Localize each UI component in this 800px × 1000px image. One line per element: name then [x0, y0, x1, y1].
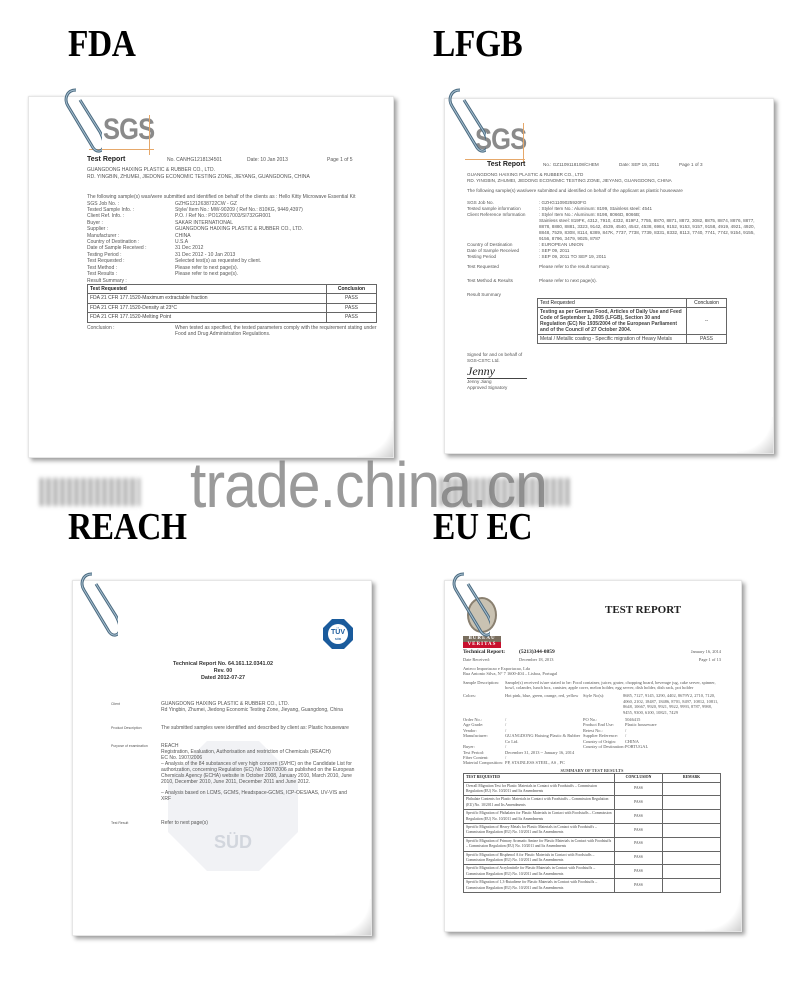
- section-title-lfgb: LFGB: [433, 22, 522, 66]
- table-row: Specific Migration of Heavy Metals for P…: [464, 823, 721, 837]
- report-number: No. CANHG1218134501: [167, 157, 247, 163]
- table-row: FDA 21 CFR 177.1520-Density at 23°CPASS: [88, 303, 377, 312]
- company-address: Rua Antonio Silva, N° 7 1600-404 – Lisbo…: [463, 671, 721, 676]
- result-cell: PASS: [615, 865, 663, 879]
- remark-cell: [663, 837, 721, 851]
- field-list: SGS Job No.: GZHG1109025920FGTested samp…: [467, 200, 757, 260]
- result-label: Test Result: [111, 820, 161, 826]
- colors-label: Colors:: [463, 693, 505, 715]
- col-test-requested: Test Requested: [538, 299, 687, 308]
- signature: Jenny: [467, 364, 757, 378]
- report-title: TEST REPORT: [605, 604, 681, 616]
- reflection-band: [40, 478, 140, 506]
- section-title-fda: FDA: [68, 22, 135, 66]
- client-label: Client: [111, 701, 161, 713]
- field-row: Country of Destination:PORTUGAL: [583, 744, 721, 749]
- lfgb-report-document: SGS Test Report No.: GZ1109118108/CHEM D…: [444, 98, 774, 454]
- result-table: TEST REQUESTED CONCLUSION REMARK Overall…: [463, 773, 721, 893]
- client-address: Rd Yingbin, Zhumei, Jiedong Economic Tes…: [161, 707, 343, 713]
- result-cell: --: [687, 308, 727, 335]
- result-cell: PASS: [327, 294, 377, 303]
- field-value: PORTUGAL: [625, 744, 721, 749]
- report-number: No.: GZ1109118108/CHEM: [543, 162, 619, 168]
- field-row: Material Composition:PP, STAINLESS STEEL…: [463, 760, 583, 765]
- test-cell: Specific Migration of Primary Aromatic A…: [464, 837, 615, 851]
- watermark-text: trade.china.cn: [190, 448, 547, 522]
- report-date: Date: 10 Jan 2013: [247, 157, 327, 163]
- test-cell: FDA 21 CFR 177.1520-Density at 23°C: [88, 303, 327, 312]
- result-table: Test Requested Conclusion FDA 21 CFR 177…: [87, 284, 377, 323]
- field-value: : SEP 09, 2011 TO SEP 19, 2011: [539, 254, 757, 260]
- result-cell: PASS: [615, 782, 663, 796]
- purpose-label: Purpose of examination: [111, 743, 161, 802]
- remark-cell: [663, 865, 721, 879]
- product-label: Product Description: [111, 725, 161, 731]
- field-label: Manufacturer:: [463, 733, 505, 744]
- company-address: RD. YINGBIN, ZHUMEI, JIEDONG ECONOMIC TE…: [87, 174, 377, 180]
- table-row: FDA 21 CFR 177.1520-Maximum extractable …: [88, 294, 377, 303]
- field-row: Stainless steel: 819FK, 4312, 7910, 4332…: [467, 218, 757, 242]
- test-cell: Overall Migration Test for Plastic Mater…: [464, 782, 615, 796]
- result-text: Refer to next page(s): [161, 820, 356, 826]
- test-cell: FDA 21 CFR 177.1520-Melting Point: [88, 313, 327, 322]
- col-remark: REMARK: [663, 774, 721, 782]
- table-row: Specific Migration of 1,3-Butadiene for …: [464, 879, 721, 893]
- test-cell: Specific Migration of Heavy Metals for P…: [464, 823, 615, 837]
- test-requested-text: Please refer to the result summary.: [539, 264, 757, 270]
- field-row: Testing Period: SEP 09, 2011 TO SEP 19, …: [467, 254, 757, 260]
- result-cell: PASS: [615, 796, 663, 810]
- result-cell: PASS: [615, 851, 663, 865]
- conclusion-label: Conclusion :: [87, 325, 175, 338]
- col-conclusion: Conclusion: [327, 284, 377, 293]
- company-address: RD. YINGBIN, ZHUMEI, JIEDONG ECONOMIC TE…: [467, 178, 757, 184]
- field-label: [467, 218, 539, 242]
- conclusion-text: When tested as specified, the tested par…: [175, 325, 377, 338]
- signer-name: Jenny Jiang: [467, 378, 527, 385]
- test-cell: Specific Migration of 1,3-Butadiene for …: [464, 879, 615, 893]
- field-label: Test Results :: [87, 271, 175, 277]
- test-cell: Specific Migration of Phthalates for Pla…: [464, 810, 615, 824]
- report-date: January 16, 2014: [691, 649, 721, 654]
- table-row: Specific Migration of Primary Aromatic A…: [464, 837, 721, 851]
- report-page: Page 1 of 13: [699, 657, 721, 662]
- style-label: Style No(s):: [583, 693, 623, 715]
- field-value: PP, STAINLESS STEEL, AS , PC: [505, 760, 583, 765]
- test-cell: Phthalate Contents for Plastic Materials…: [464, 796, 615, 810]
- remark-cell: [663, 796, 721, 810]
- remark-cell: [663, 782, 721, 796]
- result-cell: PASS: [615, 823, 663, 837]
- field-label: Material Composition:: [463, 760, 505, 765]
- test-cell: Specific Migration of Bisphenol A for Pl…: [464, 851, 615, 865]
- style-value: 8685, 7127, 9145, 3290, 4402, 8679Y2, 27…: [623, 693, 721, 715]
- report-page: Page 1 of 3: [679, 162, 703, 168]
- remark-cell: [663, 879, 721, 893]
- result-cell: PASS: [327, 303, 377, 312]
- result-cell: PASS: [327, 313, 377, 322]
- signer-title: Approved Signatory: [467, 385, 757, 391]
- remark-cell: [663, 823, 721, 837]
- signed-text: Signed for and on behalf of SGS-CSTC Ltd…: [467, 352, 527, 364]
- received-date: December 18, 2013: [519, 657, 699, 662]
- field-value: GUANGDONG Haixing Plastic & Rubber Co Lt…: [505, 733, 583, 744]
- col-conclusion: Conclusion: [687, 299, 727, 308]
- paperclip-icon: [62, 84, 102, 204]
- result-cell: PASS: [615, 879, 663, 893]
- col-test-requested: Test Requested: [88, 284, 327, 293]
- table-row: Specific Migration of Bisphenol A for Pl…: [464, 851, 721, 865]
- table-row: Phthalate Contents for Plastic Materials…: [464, 796, 721, 810]
- tuv-logo: TÜVSÜD: [323, 619, 353, 649]
- field-list: SGS Job No. :GZHG1212638722CW - GZTested…: [87, 201, 377, 278]
- field-value: Please refer to next page(s).: [175, 271, 377, 277]
- test-requested-label: Test Requested: [467, 264, 539, 270]
- field-label: Testing Period: [467, 254, 539, 260]
- table-row: FDA 21 CFR 177.1520-Melting PointPASS: [88, 313, 377, 322]
- table-row: Overall Migration Test for Plastic Mater…: [464, 782, 721, 796]
- colors-value: Hot pink, blue, green, orange, red, yell…: [505, 693, 583, 715]
- report-number: (5213)344-0859: [519, 650, 691, 655]
- test-cell: Testing as per German Food, Articles of …: [538, 308, 687, 335]
- purpose-line: – Analysis of the 84 substances of very …: [161, 761, 356, 785]
- sgs-logo: SGS: [103, 113, 154, 147]
- intro-text: The following sample(s) was/were submitt…: [467, 188, 757, 194]
- result-table: Test Requested Conclusion Testing as per…: [537, 298, 727, 344]
- table-row: Testing as per German Food, Articles of …: [538, 308, 727, 335]
- remark-cell: [663, 810, 721, 824]
- sample-description: Sample(s) received is/are stated to be: …: [505, 680, 721, 691]
- report-date: Date: SEP 19, 2011: [619, 162, 679, 168]
- paperclip-icon: [446, 84, 486, 204]
- method-label: Test Method & Results: [467, 278, 539, 284]
- table-row: Metal / Metallic coating - Specific migr…: [538, 335, 727, 344]
- section-title-reach: REACH: [68, 505, 187, 549]
- test-cell: FDA 21 CFR 177.1520-Maximum extractable …: [88, 294, 327, 303]
- result-cell: PASS: [615, 837, 663, 851]
- test-cell: Metal / Metallic coating - Specific migr…: [538, 335, 687, 344]
- test-cell: Specific Migration of Acrylonitrile for …: [464, 865, 615, 879]
- table-row: Specific Migration of Phthalates for Pla…: [464, 810, 721, 824]
- paperclip-icon: [450, 568, 490, 688]
- table-row: Specific Migration of Acrylonitrile for …: [464, 865, 721, 879]
- field-label: Country of Destination:: [583, 744, 625, 749]
- col-conclusion: CONCLUSION: [615, 774, 663, 782]
- purpose-line: – Analysis based on LCMS, GCMS, Headspac…: [161, 790, 356, 802]
- method-text: Please refer to next page(s).: [539, 278, 757, 284]
- report-page: Page 1 of 5: [327, 157, 353, 163]
- remark-cell: [663, 851, 721, 865]
- col-test-requested: TEST REQUESTED: [464, 774, 615, 782]
- field-row: Manufacturer:GUANGDONG Haixing Plastic &…: [463, 733, 583, 744]
- result-cell: PASS: [615, 810, 663, 824]
- result-cell: PASS: [687, 335, 727, 344]
- product-description: The submitted samples were identified an…: [161, 725, 356, 731]
- purpose-text: REACHRegistration, Evaluation, Authorisa…: [161, 743, 356, 802]
- paperclip-icon: [78, 568, 118, 688]
- field-value: Stainless steel: 819FK, 4312, 7910, 4332…: [539, 218, 757, 242]
- field-row: Test Results :Please refer to next page(…: [87, 271, 377, 277]
